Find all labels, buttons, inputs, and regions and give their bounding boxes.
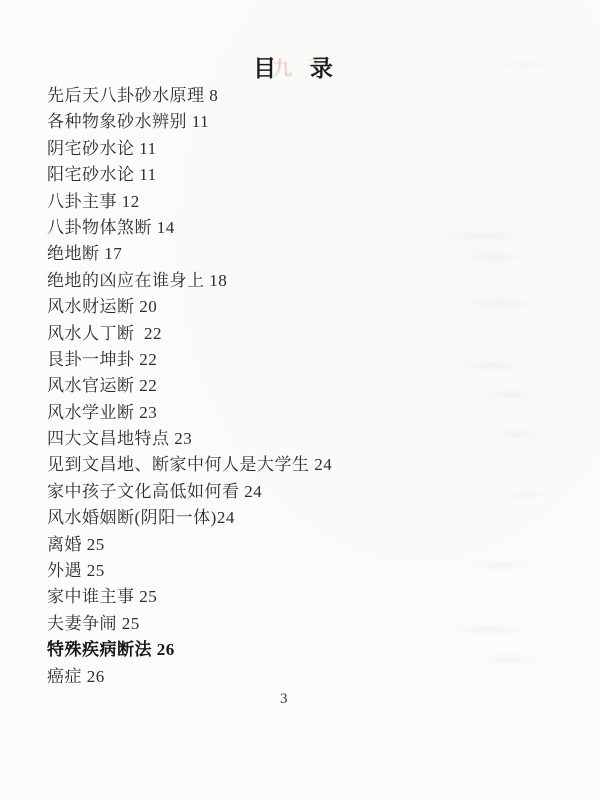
toc-entry: 见到文昌地、断家中何人是大学生 24: [47, 452, 560, 478]
page-title: 目 录: [0, 50, 600, 83]
toc-entry: 四大文昌地特点 23: [47, 426, 560, 452]
toc-entry: 阴宅砂水论 11: [47, 136, 560, 162]
toc-entry: 外遇 25: [47, 558, 560, 584]
toc-entry: 八卦主事 12: [47, 189, 560, 215]
toc-entry: 阳宅砂水论 11: [47, 162, 560, 188]
toc-entry: 绝地的凶应在谁身上 18: [47, 268, 560, 294]
toc-entry: 特殊疾病断法 26: [47, 637, 560, 663]
toc-entry: 风水官运断 22: [47, 373, 560, 399]
toc-entry: 艮卦一坤卦 22: [47, 347, 560, 373]
toc-list: 先后天八卦砂水原理 8各种物象砂水辨别 11阴宅砂水论 11阳宅砂水论 11八卦…: [47, 83, 560, 690]
page-number: 3: [280, 691, 288, 708]
toc-entry: 癌症 26: [47, 664, 560, 690]
toc-entry: 风水学业断 23: [47, 400, 560, 426]
toc-entry: 八卦物体煞断 14: [47, 215, 560, 241]
toc-entry: 风水财运断 20: [47, 294, 560, 320]
toc-entry: 先后天八卦砂水原理 8: [47, 83, 560, 109]
toc-entry: 风水婚姻断(阴阳一体)24: [47, 505, 560, 531]
toc-entry: 各种物象砂水辨别 11: [47, 109, 560, 135]
toc-entry: 离婚 25: [47, 532, 560, 558]
toc-entry: 风水人丁断 22: [47, 321, 560, 347]
toc-entry: 夫妻争闹 25: [47, 611, 560, 637]
toc-page: 九千 目 录 先后天八卦砂水原理 8各种物象砂水辨别 11阴宅砂水论 11阳宅砂…: [0, 0, 600, 800]
toc-entry: 家中谁主事 25: [47, 584, 560, 610]
toc-entry: 家中孩子文化高低如何看 24: [47, 479, 560, 505]
toc-entry: 绝地断 17: [47, 241, 560, 267]
